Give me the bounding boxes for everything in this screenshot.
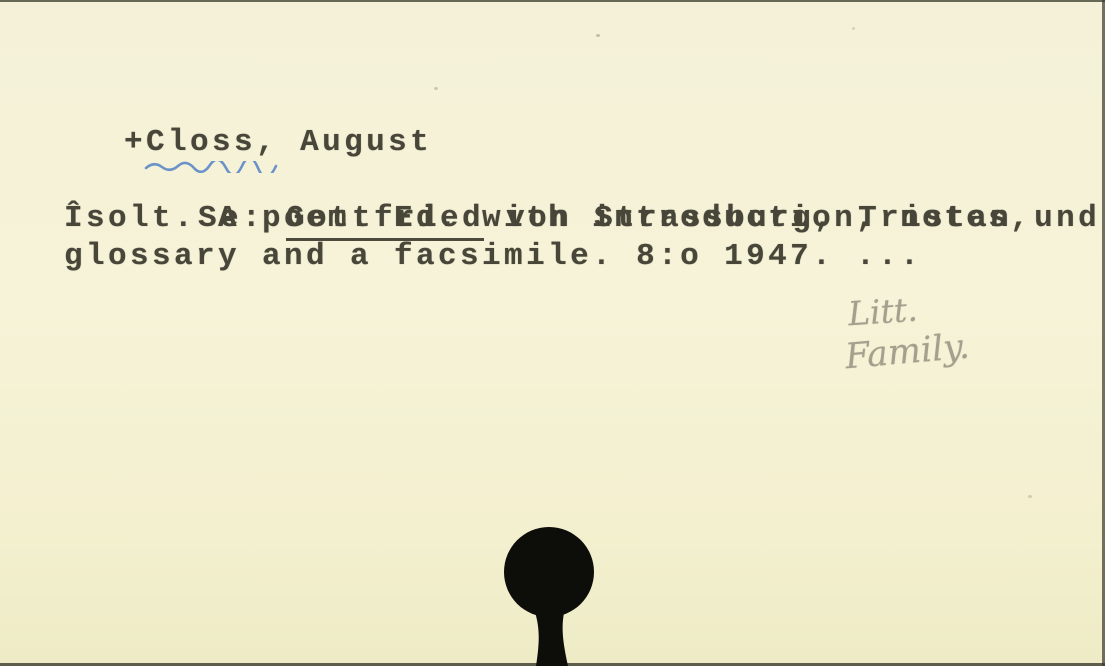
paper-speck [852, 27, 855, 30]
paper-speck [596, 34, 600, 37]
paper-speck [1028, 495, 1032, 498]
paper-speck [434, 87, 438, 90]
catalog-card: +Closs, August Se: Gottfried von Strassb… [0, 0, 1105, 666]
keyhole-punch-icon [0, 0, 1105, 666]
